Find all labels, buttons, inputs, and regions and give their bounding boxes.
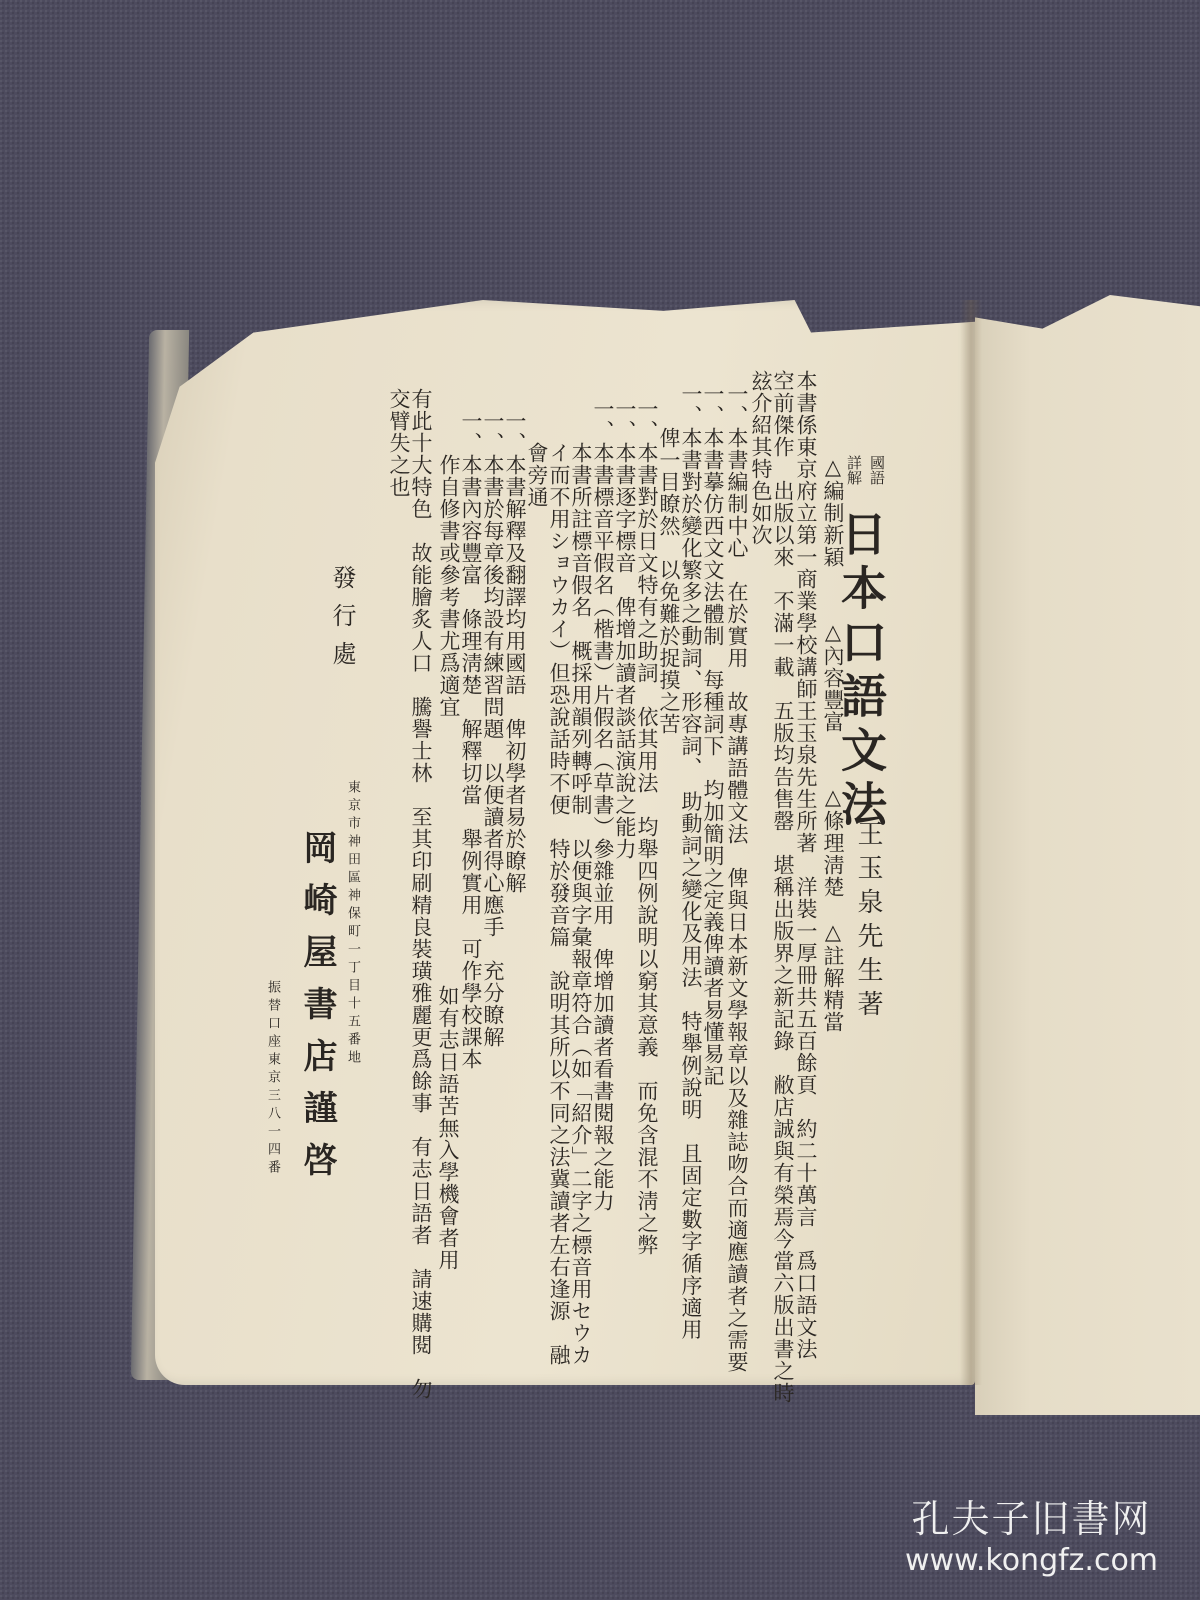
watermark-url: www.kongfz.com [905,1543,1158,1578]
feature-line-2: 一、本書摹仿西文文法體制 每種詞下 均加簡明之定義俾讀者易懂易記 [702,383,723,1087]
feature-line-14: 作自修書或參考書尤爲適宜 [438,410,459,718]
feature-line-8: 本書所註標音假名 概採用韻列轉呼制 以便與字彙報章符合（如「紹介」二字之標音用セ… [570,398,591,1366]
feature-tag-3: △條理淸楚 [822,785,843,898]
feature-line-13: 一、本書內容豐富 條理淸楚 解釋切當 舉例實用 可作學校課本 [460,410,481,1070]
intro-line-2: 空前傑作 出版以來 不滿一載 五版均告售罄 堪稱出版界之新記錄 敝店誠與有榮焉今… [772,370,793,1404]
feature-line-12: 一、本書於每章後均設有練習問題 以便讀者得心應手 充分瞭解 [482,410,503,1048]
feature-line-6: 一、本書逐字標音 俾增加讀者談話演說之能力 [614,398,635,860]
feature-line-1: 一、本書編制中心 在於實用 故專講語體文法 俾與日本新文學報章以及雜誌吻合而適應… [726,383,747,1373]
feature-line-5: 一、本書對於日文特有之助詞 依其用法 均舉四例說明以窮其意義 而免含混不淸之弊 [636,398,657,1256]
feature-line-3: 一、本書對於變化繁多之動詞、形容詞、 助動詞之變化及用法 特舉例說明 且固定數字… [680,383,701,1341]
intro-line-3: 玆介紹其特色如次 [750,370,771,546]
watermark-site-name: 孔夫子旧書网 [905,1488,1158,1543]
feature-tag-2: △內容豐富 [822,620,843,733]
feature-tag-4: △註解精當 [822,920,843,1033]
closing-offer: 如有志日語苦無入學機會者用 [437,985,458,1271]
feature-line-11: 一、本書解釋及翻譯均用國語 俾初學者易於瞭解 [504,410,525,894]
watermark: 孔夫子旧書网 www.kongfz.com [905,1488,1158,1578]
feature-line-7: 一、本書標音平假名（楷書）片假名（草書）參雜並用 俾增加讀者看書閱報之能力 [592,398,613,1212]
title-prefix-top: 國語 [867,455,888,485]
feature-line-9: イ而不用ショウカイ）但恐說話時不便 特於發音篇 說明其所以不同之法冀讀者左右逢源… [548,398,569,1366]
page-gutter [960,300,982,1385]
feature-tag-1: △編制新穎 [822,455,843,568]
issuer-label: 發行處 [330,565,354,679]
closing-line-2: 交臂失之也 [388,388,409,498]
book-author: 王玉泉先生著 [855,820,881,1024]
title-prefix: 國語 詳解 [848,455,888,485]
intro-line-1: 本書係東京府立第一商業學校講師王玉泉先生所著 洋裝一厚冊共五百餘頁 約二十萬言 … [795,370,816,1360]
book-page-right [975,295,1200,1415]
postal-account: 振替口座東京三八一四番 [266,980,279,1178]
feature-line-4: 俾一目瞭然 以免難於捉摸之苦 [658,383,679,735]
closing-line-1: 有此十大特色 故能膾炙人口 騰譽士林 至其印刷精良裝璜雅麗更爲餘事 有志日語者 … [410,388,431,1400]
publisher-name: 岡崎屋書店謹啓 [300,830,334,1194]
feature-line-10: 會旁通 [526,398,547,508]
title-prefix-bottom: 詳解 [844,455,865,485]
publisher-address: 東京市神田區神保町一丁目十五番地 [346,780,359,1068]
